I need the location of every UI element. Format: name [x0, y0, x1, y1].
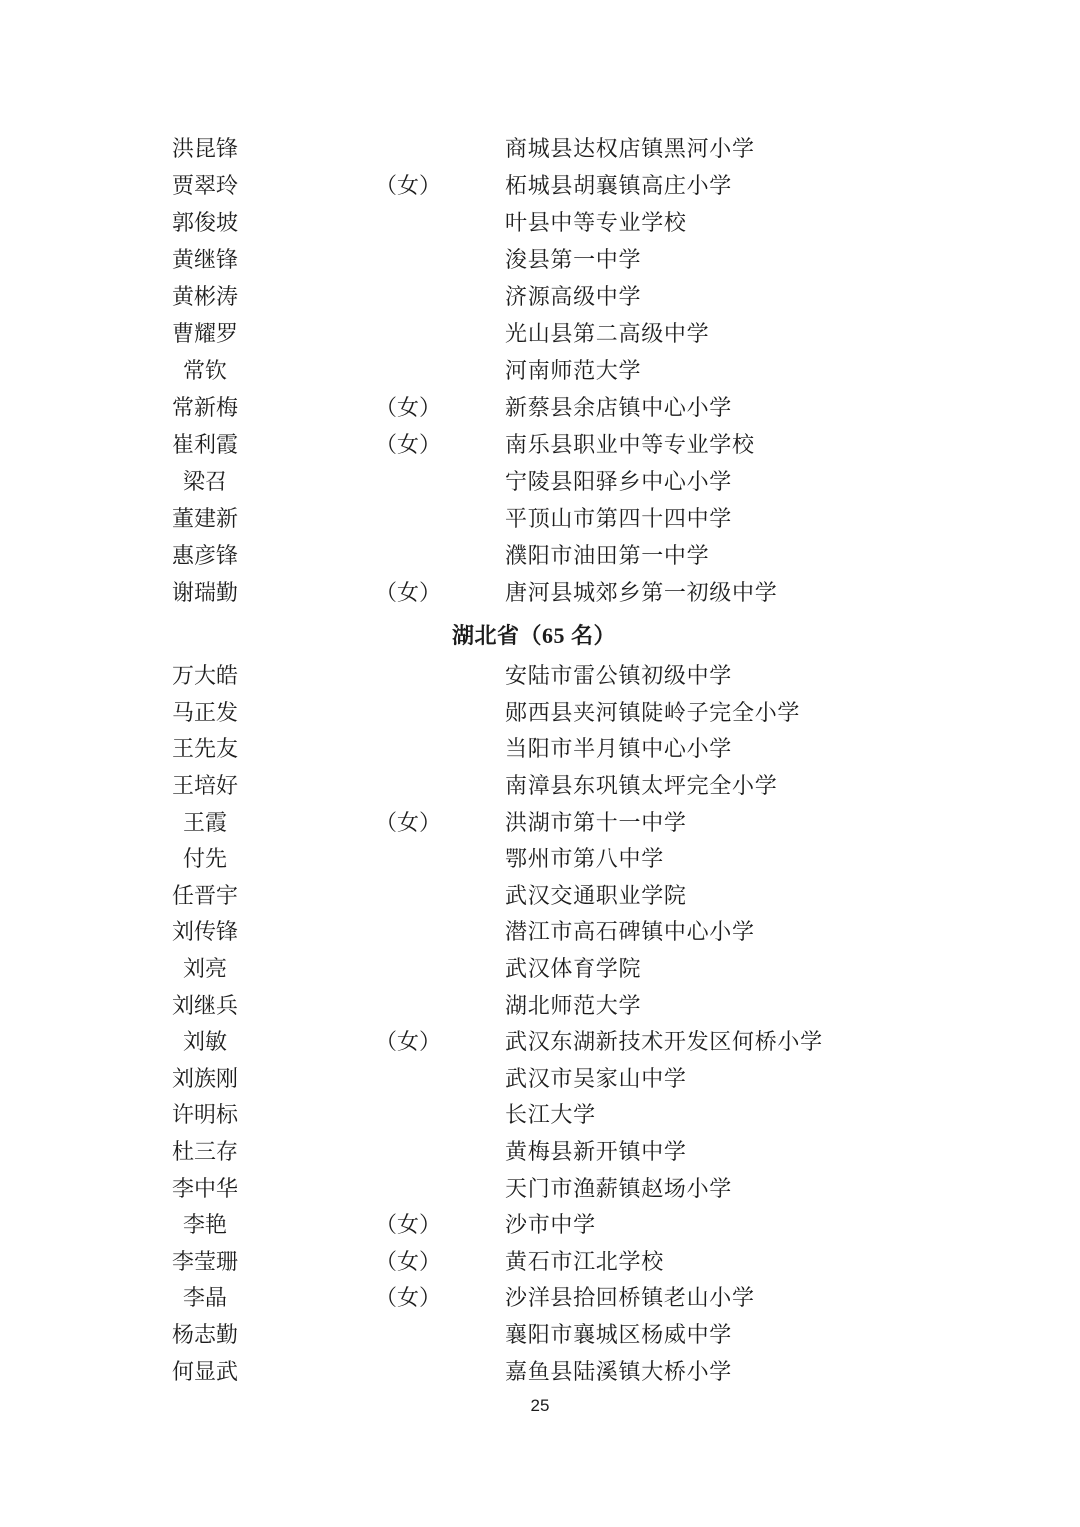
- roster-row: 李莹珊 （女） 黄石市江北学校: [0, 1244, 1080, 1281]
- person-name: 杜三存: [172, 1140, 238, 1164]
- person-name: 刘族刚: [172, 1067, 238, 1091]
- school-name: 安陆市雷公镇初级中学: [505, 664, 732, 688]
- school-name: 天门市渔薪镇赵场小学: [505, 1177, 732, 1201]
- roster-row: 常新梅 （女） 新蔡县余店镇中心小学: [0, 389, 1080, 426]
- person-name: 李莹珊: [172, 1250, 238, 1274]
- roster-row: 曹耀罗 光山县第二高级中学: [0, 315, 1080, 352]
- roster-row: 王培好 南漳县东巩镇太坪完全小学: [0, 768, 1080, 805]
- gender-marker: （女）: [375, 1250, 441, 1274]
- school-name: 南漳县东巩镇太坪完全小学: [505, 774, 777, 798]
- person-name: 李中华: [172, 1177, 238, 1201]
- person-name: 王培好: [172, 774, 238, 798]
- person-name: 谢瑞勤: [172, 580, 238, 604]
- school-name: 湖北师范大学: [505, 994, 641, 1018]
- roster-row: 常钦 河南师范大学: [0, 352, 1080, 389]
- gender-marker: （女）: [375, 580, 441, 604]
- school-name: 武汉市吴家山中学: [505, 1067, 687, 1091]
- roster-row: 贾翠玲 （女） 柘城县胡襄镇高庄小学: [0, 167, 1080, 204]
- person-name: 刘传锋: [172, 920, 238, 944]
- gender-marker: （女）: [375, 1030, 441, 1054]
- person-name: 许明标: [172, 1103, 238, 1127]
- roster-row: 许明标 长江大学: [0, 1097, 1080, 1134]
- roster-row: 黄继锋 浚县第一中学: [0, 241, 1080, 278]
- gender-marker: （女）: [375, 395, 441, 419]
- person-name: 马正发: [172, 701, 238, 725]
- school-name: 潜江市高石碑镇中心小学: [505, 920, 755, 944]
- roster-row: 王霞 （女） 洪湖市第十一中学: [0, 804, 1080, 841]
- person-name: 刘敏: [172, 1030, 238, 1054]
- person-name: 董建新: [172, 506, 238, 530]
- school-name: 长江大学: [505, 1103, 596, 1127]
- person-name: 李艳: [172, 1213, 238, 1237]
- section-hubei-rows: 万大皓 安陆市雷公镇初级中学 马正发 郧西县夹河镇陡岭子完全小学 王先友 当阳市…: [0, 658, 1080, 1390]
- roster-row: 任晋宇 武汉交通职业学院: [0, 878, 1080, 915]
- school-name: 光山县第二高级中学: [505, 321, 709, 345]
- roster-row: 万大皓 安陆市雷公镇初级中学: [0, 658, 1080, 695]
- section-header-hubei: 湖北省（65 名）: [0, 611, 1074, 658]
- person-name: 何显武: [172, 1359, 238, 1383]
- roster-row: 董建新 平顶山市第四十四中学: [0, 500, 1080, 537]
- school-name: 郧西县夹河镇陡岭子完全小学: [505, 701, 800, 725]
- roster-row: 刘传锋 潜江市高石碑镇中心小学: [0, 914, 1080, 951]
- roster-row: 杜三存 黄梅县新开镇中学: [0, 1134, 1080, 1171]
- person-name: 黄彬涛: [172, 284, 238, 308]
- person-name: 杨志勤: [172, 1323, 238, 1347]
- document-page: 洪昆锋 商城县达权店镇黑河小学 贾翠玲 （女） 柘城县胡襄镇高庄小学 郭俊坡 叶…: [0, 0, 1080, 1527]
- roster-row: 刘族刚 武汉市吴家山中学: [0, 1061, 1080, 1098]
- roster-row: 付先 鄂州市第八中学: [0, 841, 1080, 878]
- roster-row: 梁召 宁陵县阳驿乡中心小学: [0, 463, 1080, 500]
- roster-row: 黄彬涛 济源高级中学: [0, 278, 1080, 315]
- roster-row: 王先友 当阳市半月镇中心小学: [0, 731, 1080, 768]
- person-name: 崔利霞: [172, 432, 238, 456]
- person-name: 常新梅: [172, 395, 238, 419]
- school-name: 黄梅县新开镇中学: [505, 1140, 687, 1164]
- person-name: 任晋宇: [172, 884, 238, 908]
- roster-row: 马正发 郧西县夹河镇陡岭子完全小学: [0, 695, 1080, 732]
- roster-row: 惠彦锋 濮阳市油田第一中学: [0, 537, 1080, 574]
- school-name: 襄阳市襄城区杨威中学: [505, 1323, 732, 1347]
- roster-row: 洪昆锋 商城县达权店镇黑河小学: [0, 130, 1080, 167]
- school-name: 南乐县职业中等专业学校: [505, 432, 755, 456]
- page-number: 25: [0, 1396, 1080, 1416]
- person-name: 刘继兵: [172, 994, 238, 1018]
- person-name: 洪昆锋: [172, 136, 238, 160]
- school-name: 浚县第一中学: [505, 247, 641, 271]
- school-name: 黄石市江北学校: [505, 1250, 664, 1274]
- person-name: 常钦: [172, 358, 238, 382]
- roster-row: 刘亮 武汉体育学院: [0, 951, 1080, 988]
- school-name: 武汉东湖新技术开发区何桥小学: [505, 1030, 823, 1054]
- person-name: 郭俊坡: [172, 210, 238, 234]
- school-name: 济源高级中学: [505, 284, 641, 308]
- school-name: 沙洋县拾回桥镇老山小学: [505, 1286, 755, 1310]
- school-name: 沙市中学: [505, 1213, 596, 1237]
- roster-row: 李艳 （女） 沙市中学: [0, 1207, 1080, 1244]
- school-name: 宁陵县阳驿乡中心小学: [505, 469, 732, 493]
- school-name: 嘉鱼县陆溪镇大桥小学: [505, 1359, 732, 1383]
- person-name: 刘亮: [172, 957, 238, 981]
- roster-row: 李晶 （女） 沙洋县拾回桥镇老山小学: [0, 1280, 1080, 1317]
- person-name: 王霞: [172, 811, 238, 835]
- gender-marker: （女）: [375, 432, 441, 456]
- gender-marker: （女）: [375, 1286, 441, 1310]
- school-name: 平顶山市第四十四中学: [505, 506, 732, 530]
- school-name: 新蔡县余店镇中心小学: [505, 395, 732, 419]
- person-name: 万大皓: [172, 664, 238, 688]
- roster-row: 李中华 天门市渔薪镇赵场小学: [0, 1170, 1080, 1207]
- gender-marker: （女）: [375, 811, 441, 835]
- school-name: 当阳市半月镇中心小学: [505, 737, 732, 761]
- section-henan-rows: 洪昆锋 商城县达权店镇黑河小学 贾翠玲 （女） 柘城县胡襄镇高庄小学 郭俊坡 叶…: [0, 130, 1080, 611]
- gender-marker: （女）: [375, 173, 441, 197]
- person-name: 王先友: [172, 737, 238, 761]
- roster-row: 谢瑞勤 （女） 唐河县城郊乡第一初级中学: [0, 574, 1080, 611]
- school-name: 洪湖市第十一中学: [505, 811, 687, 835]
- person-name: 付先: [172, 847, 238, 871]
- school-name: 濮阳市油田第一中学: [505, 543, 709, 567]
- school-name: 叶县中等专业学校: [505, 210, 687, 234]
- person-name: 贾翠玲: [172, 173, 238, 197]
- person-name: 李晶: [172, 1286, 238, 1310]
- roster-row: 郭俊坡 叶县中等专业学校: [0, 204, 1080, 241]
- school-name: 武汉交通职业学院: [505, 884, 687, 908]
- roster-row: 刘敏 （女） 武汉东湖新技术开发区何桥小学: [0, 1024, 1080, 1061]
- roster-list: 洪昆锋 商城县达权店镇黑河小学 贾翠玲 （女） 柘城县胡襄镇高庄小学 郭俊坡 叶…: [0, 130, 1080, 1390]
- school-name: 商城县达权店镇黑河小学: [505, 136, 755, 160]
- roster-row: 崔利霞 （女） 南乐县职业中等专业学校: [0, 426, 1080, 463]
- roster-row: 杨志勤 襄阳市襄城区杨威中学: [0, 1317, 1080, 1354]
- school-name: 鄂州市第八中学: [505, 847, 664, 871]
- school-name: 唐河县城郊乡第一初级中学: [505, 580, 777, 604]
- school-name: 柘城县胡襄镇高庄小学: [505, 173, 732, 197]
- school-name: 武汉体育学院: [505, 957, 641, 981]
- gender-marker: （女）: [375, 1213, 441, 1237]
- school-name: 河南师范大学: [505, 358, 641, 382]
- roster-row: 刘继兵 湖北师范大学: [0, 987, 1080, 1024]
- person-name: 曹耀罗: [172, 321, 238, 345]
- roster-row: 何显武 嘉鱼县陆溪镇大桥小学: [0, 1353, 1080, 1390]
- person-name: 黄继锋: [172, 247, 238, 271]
- person-name: 惠彦锋: [172, 543, 238, 567]
- person-name: 梁召: [172, 469, 238, 493]
